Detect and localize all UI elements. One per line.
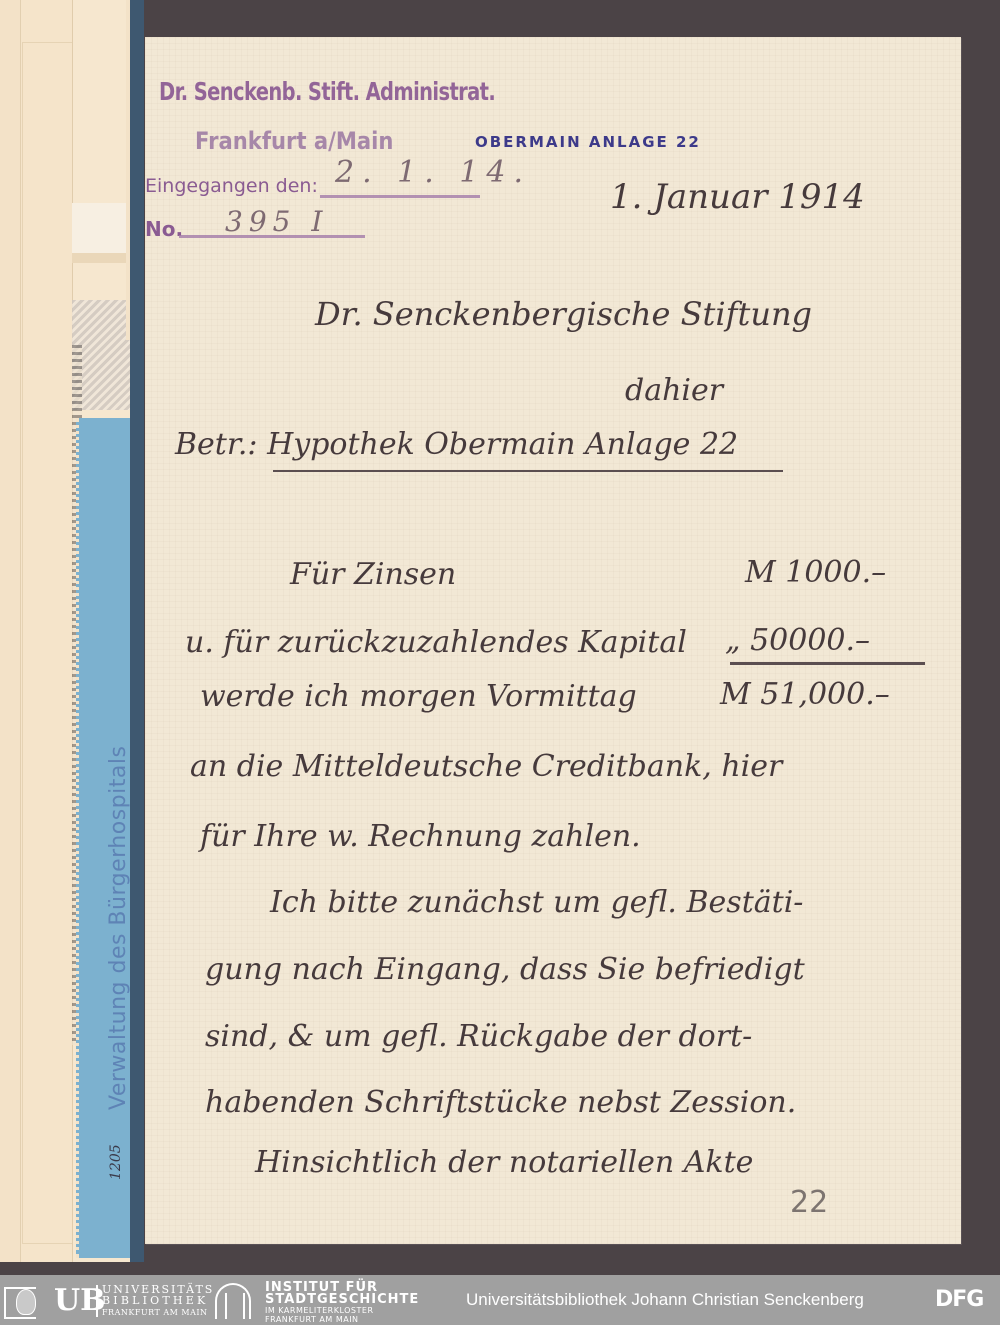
binder-tab-note: 1205 xyxy=(108,1144,124,1180)
stamp-number-value: 395 I xyxy=(225,205,328,238)
recipient-name: Dr. Senckenbergische Stiftung xyxy=(315,295,812,333)
footer-caption: Universitätsbibliothek Johann Christian … xyxy=(466,1290,864,1310)
amount-total: M 51,000.– xyxy=(720,677,890,712)
body-line: u. für zurückzuzahlendes Kapital xyxy=(185,625,687,660)
binder-spine xyxy=(130,0,144,1262)
ub-text: UNIVERSITÄTS BIBLIOTHEK FRANKFURT AM MAI… xyxy=(102,1284,214,1318)
body-line: für Ihre w. Rechnung zahlen. xyxy=(200,819,641,854)
letter-subject: Betr.: Hypothek Obermain Anlage 22 xyxy=(175,427,738,462)
paper-stack-band xyxy=(72,253,132,263)
stamp-administration: Dr. Senckenb. Stift. Administrat. xyxy=(159,77,495,106)
stamp-received-underline xyxy=(320,195,480,198)
dfg-logo[interactable]: DFG xyxy=(935,1287,983,1312)
ub-separator xyxy=(96,1285,98,1317)
isg-logo[interactable]: INSTITUT FÜR STADTGESCHICHTE IM KARMELIT… xyxy=(215,1283,435,1321)
amount-capital: „ 50000.– xyxy=(725,623,870,658)
sum-underline xyxy=(730,662,925,665)
gothic-arch-icon xyxy=(215,1283,251,1319)
ub-logo[interactable]: UB UNIVERSITÄTS BIBLIOTHEK FRANKFURT AM … xyxy=(4,1283,194,1319)
body-line: Hinsichtlich der notariellen Akte xyxy=(255,1145,753,1180)
footer-bar: UB UNIVERSITÄTS BIBLIOTHEK FRANKFURT AM … xyxy=(0,1275,1000,1325)
isg-line3: IM KARMELITERKLOSTER xyxy=(265,1306,419,1315)
recipient-location: dahier xyxy=(625,373,723,408)
paper-stack-outline xyxy=(22,42,74,1244)
page-number: 22 xyxy=(790,1185,828,1220)
isg-line4: FRANKFURT AM MAIN xyxy=(265,1315,419,1324)
stamp-number-label: No. xyxy=(145,217,183,241)
body-line: Ich bitte zunächst um gefl. Bestäti- xyxy=(270,885,803,920)
body-line: werde ich morgen Vormittag xyxy=(200,679,637,714)
isg-line2: STADTGESCHICHTE xyxy=(265,1294,419,1306)
paper-stack-white-strip xyxy=(72,203,132,253)
body-line: habenden Schriftstücke nebst Zession. xyxy=(205,1085,796,1120)
body-line: Für Zinsen xyxy=(290,557,456,592)
document-viewer: Verwaltung des Bürgerhospitals 1205 Dr. … xyxy=(0,0,1000,1275)
subject-underline xyxy=(273,470,783,472)
letter-date: 1. Januar 1914 xyxy=(610,177,865,217)
letter-page: Dr. Senckenb. Stift. Administrat. Frankf… xyxy=(145,37,961,1244)
ub-line2: BIBLIOTHEK xyxy=(102,1295,214,1306)
portrait-icon xyxy=(16,1289,36,1315)
ub-line3: FRANKFURT AM MAIN xyxy=(102,1307,214,1318)
isg-text: INSTITUT FÜR STADTGESCHICHTE IM KARMELIT… xyxy=(265,1282,419,1324)
binder-tab-label: Verwaltung des Bürgerhospitals xyxy=(106,746,131,1110)
stamp-city: Frankfurt a/Main xyxy=(195,127,393,155)
body-line: an die Mitteldeutsche Creditbank, hier xyxy=(190,749,782,784)
letterhead-address: OBERMAIN ANLAGE 22 xyxy=(475,133,701,151)
body-line: sind, & um gefl. Rückgabe der dort- xyxy=(205,1019,752,1054)
stamp-received-date: 2. 1. 14. xyxy=(335,155,531,190)
stamp-received-label: Eingegangen den: xyxy=(145,175,318,197)
body-line: gung nach Eingang, dass Sie befriedigt xyxy=(205,952,805,987)
amount-interest: M 1000.– xyxy=(745,555,886,590)
